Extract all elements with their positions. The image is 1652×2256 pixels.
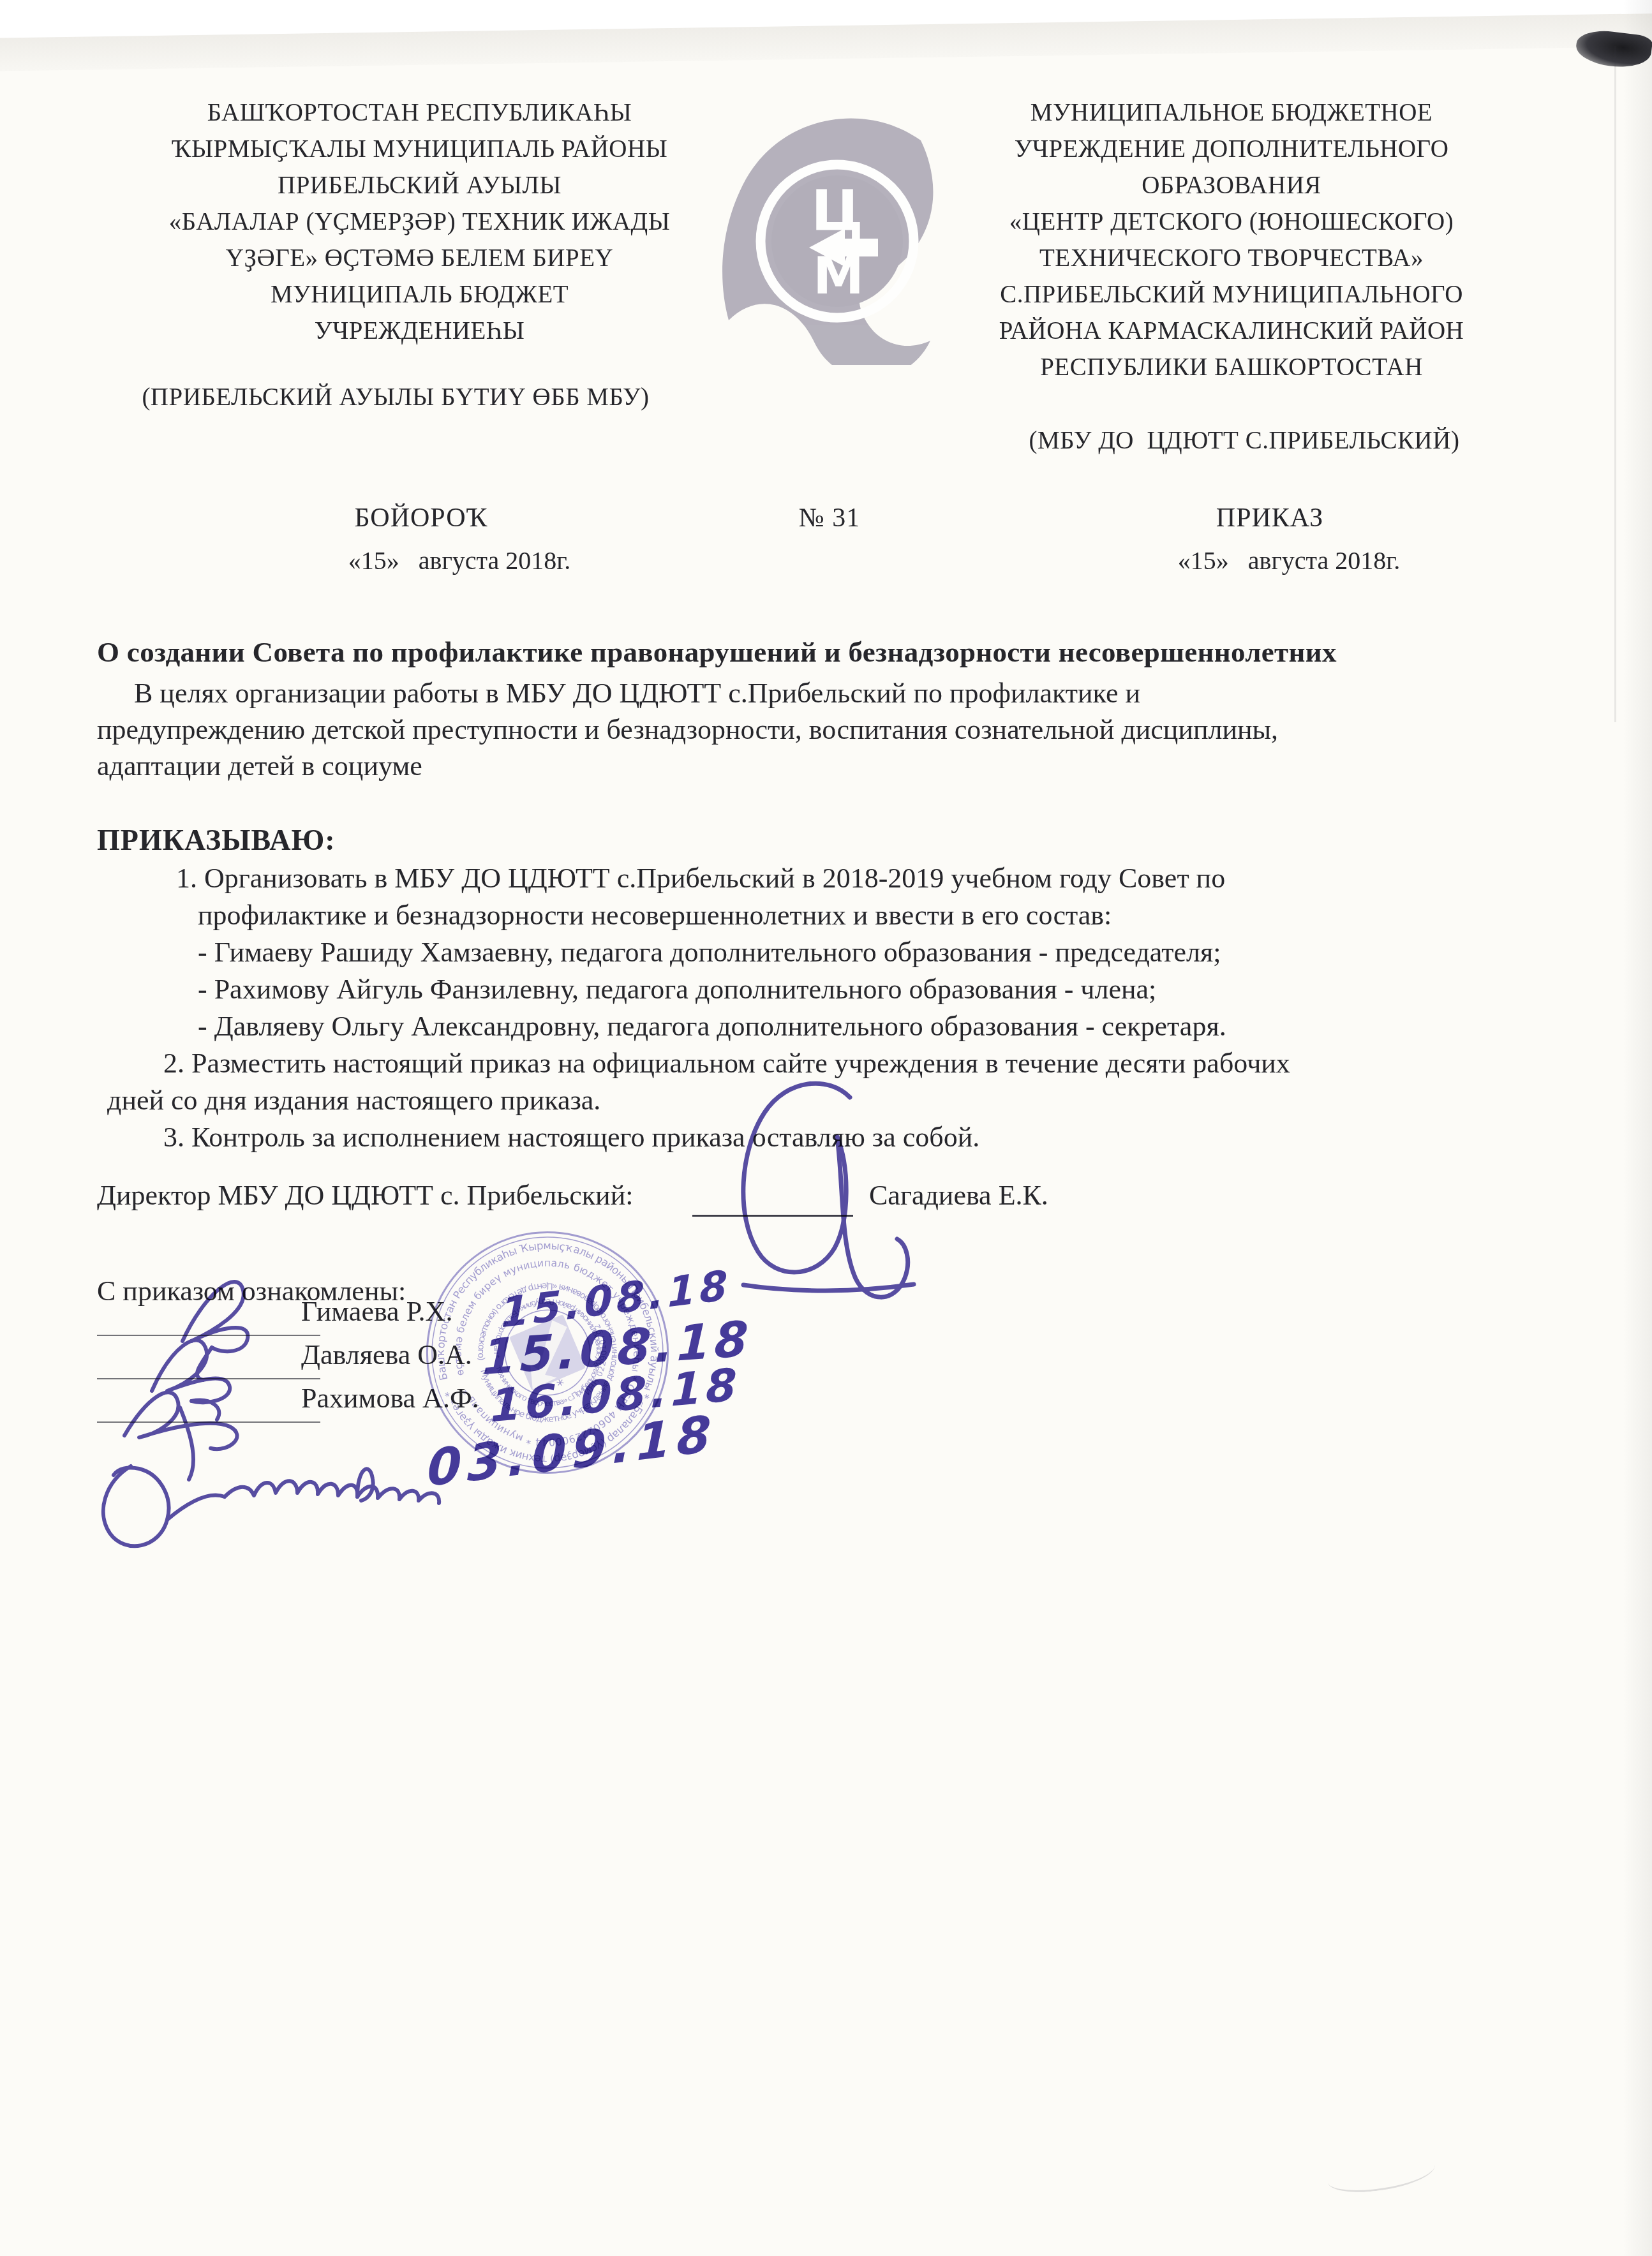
letterhead-russian: МУНИЦИПАЛЬНОЕ БЮДЖЕТНОЕ УЧРЕЖДЕНИЕ ДОПОЛ… bbox=[912, 94, 1551, 385]
order-item-line: - Давляеву Ольгу Александровну, педагога… bbox=[97, 1008, 1584, 1045]
ack-signature-ink bbox=[182, 1282, 248, 1380]
letterhead-line: С.ПРИБЕЛЬСКИЙ МУНИЦИПАЛЬНОГО bbox=[912, 276, 1551, 313]
order-subject: О создании Совета по профилактике правон… bbox=[97, 635, 1577, 669]
intro-line: адаптации детей в социуме bbox=[97, 748, 1571, 784]
ink-signatures-layer bbox=[0, 1053, 1053, 1563]
letterhead-line: УЧРЕЖДЕНИЕ ДОПОЛНИТЕЛЬНОГО bbox=[912, 131, 1551, 167]
letterhead-line: РАЙОНА КАРМАСКАЛИНСКИЙ РАЙОН bbox=[912, 313, 1551, 349]
letterhead-line: «БАЛАЛАР (ҮҪМЕРҘӘР) ТЕХНИК ИЖАДЫ bbox=[105, 204, 734, 240]
order-date-left: «15» августа 2018г. bbox=[147, 545, 772, 575]
letterhead-line: РЕСПУБЛИКИ БАШКОРТОСТАН bbox=[912, 349, 1551, 385]
organization-emblem-icon: Ц М bbox=[713, 107, 944, 365]
intro-line: В целях организации работы в МБУ ДО ЦДЮТ… bbox=[97, 675, 1571, 711]
scan-edge-line bbox=[1614, 46, 1616, 722]
scan-right-shade bbox=[1623, 0, 1652, 2256]
letterhead-bashkir: БАШҠОРТОСТАН РЕСПУБЛИКАҺЫ ҠЫРМЫҪҠАЛЫ МУН… bbox=[105, 94, 734, 349]
intro-line: предупреждению детской преступности и бе… bbox=[97, 711, 1571, 748]
order-item-line: профилактике и безнадзорности несовершен… bbox=[97, 897, 1584, 934]
order-word-russian: ПРИКАЗ bbox=[976, 503, 1563, 533]
scanned-order-document: БАШҠОРТОСТАН РЕСПУБЛИКАҺЫ ҠЫРМЫҪҠАЛЫ МУН… bbox=[0, 0, 1652, 2256]
order-item-line: - Гимаеву Рашиду Хамзаевну, педагога доп… bbox=[97, 934, 1584, 971]
letterhead-line: МУНИЦИПАЛЬНОЕ БЮДЖЕТНОЕ bbox=[912, 94, 1551, 131]
letterhead-line: УЧРЕЖДЕНИЕҺЫ bbox=[105, 313, 734, 349]
letterhead-line: МУНИЦИПАЛЬ БЮДЖЕТ bbox=[105, 276, 734, 313]
letterhead-line: ҠЫРМЫҪҠАЛЫ МУНИЦИПАЛЬ РАЙОНЫ bbox=[105, 131, 734, 167]
order-date-right: «15» августа 2018г. bbox=[995, 545, 1582, 575]
letterhead-line: БАШҠОРТОСТАН РЕСПУБЛИКАҺЫ bbox=[105, 94, 734, 131]
letterhead-line: «ЦЕНТР ДЕТСКОГО (ЮНОШЕСКОГО) bbox=[912, 204, 1551, 240]
order-item-line: - Рахимову Айгуль Фанзилевну, педагога д… bbox=[97, 971, 1584, 1008]
director-signature-ink bbox=[743, 1083, 914, 1297]
letterhead-line: ОБРАЗОВАНИЯ bbox=[912, 167, 1551, 204]
ack-signature-ink bbox=[124, 1392, 237, 1480]
order-word-bashkir: БОЙОРОҠ bbox=[108, 503, 734, 533]
scan-pencil-mark bbox=[1326, 2151, 1438, 2195]
letterhead-line: ҮҘӘГЕ» ӨҪТӘМӘ БЕЛЕМ БИРЕҮ bbox=[105, 240, 734, 276]
order-number: № 31 bbox=[747, 503, 912, 533]
order-item-line: 1. Организовать в МБУ ДО ЦДЮТТ с.Прибель… bbox=[97, 860, 1584, 897]
extra-signature-ink bbox=[103, 1466, 439, 1546]
order-intro: В целях организации работы в МБУ ДО ЦДЮТ… bbox=[97, 675, 1571, 784]
letterhead-abbr-bashkir: (ПРИБЕЛЬСКИЙ АУЫЛЫ БҮТИҮ ӨББ МБУ) bbox=[77, 383, 715, 412]
letterhead-abbr-russian: (МБУ ДО ЦДЮТТ С.ПРИБЕЛЬСКИЙ) bbox=[938, 426, 1551, 455]
decree-word: ПРИКАЗЫВАЮ: bbox=[97, 823, 336, 857]
emblem-letter-bottom: М bbox=[813, 246, 864, 306]
letterhead-line: ПРИБЕЛЬСКИЙ АУЫЛЫ bbox=[105, 167, 734, 204]
letterhead-line: ТЕХНИЧЕСКОГО ТВОРЧЕСТВА» bbox=[912, 240, 1551, 276]
